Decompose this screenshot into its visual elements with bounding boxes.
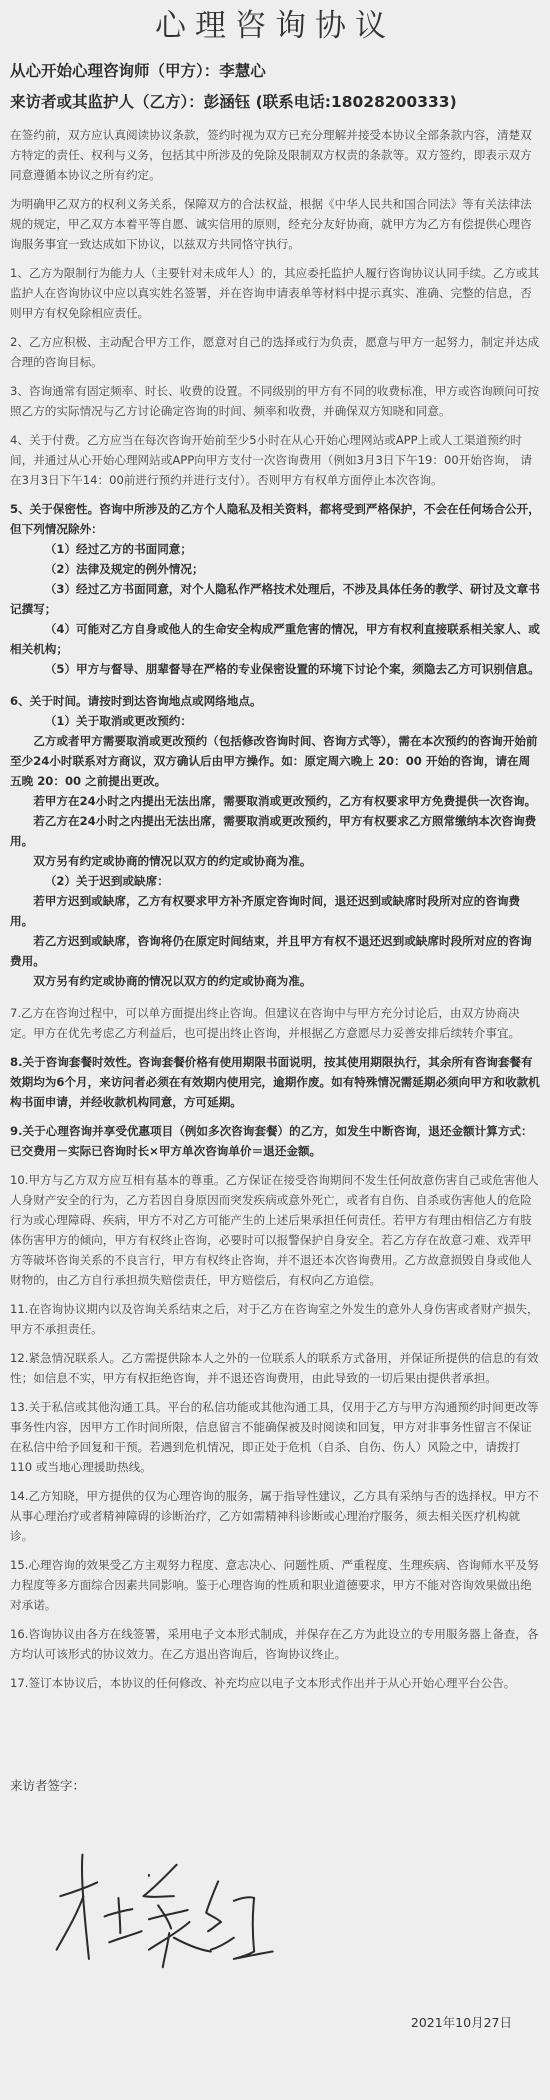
clause-8: 8.关于咨询套餐时效性。咨询套餐价格有使用期限书面说明，按其使用期限执行，其余所… bbox=[10, 1052, 540, 1112]
handwritten-signature bbox=[40, 1840, 280, 1980]
clause-10: 10.甲方与乙方双方应互相有基本的尊重。乙方保证在接受咨询期间不发生任何故意伤害… bbox=[10, 1170, 540, 1290]
clause-13: 13.关于私信或其他沟通工具。平台的私信功能或其他沟通工具，仅用于乙方与甲方沟通… bbox=[10, 1397, 540, 1477]
clause-6-sub2-a: 若甲方迟到或缺席，乙方有权要求甲方补齐原定咨询时间，退还迟到或缺席时段所对应的咨… bbox=[10, 891, 540, 931]
clause-6-sub2-title: （2）关于迟到或缺席： bbox=[10, 871, 540, 891]
clause-11: 11.在咨询协议期内以及咨询关系结束之后，对于乙方在咨询室之外发生的意外人身伤害… bbox=[10, 1299, 540, 1339]
clause-6-sub1-title: （1）关于取消或更改预约： bbox=[10, 711, 540, 731]
clause-6-sub2-c: 双方另有约定或协商的情况以双方的约定或协商为准。 bbox=[10, 971, 540, 991]
clause-12: 12.紧急情况联系人。乙方需提供除本人之外的一位联系人的联系方式备用，并保证所提… bbox=[10, 1348, 540, 1388]
signature-label: 来访者签字： bbox=[10, 1776, 85, 1794]
clause-3: 3、咨询通常有固定频率、时长、收费的设置。不同级别的甲方有不同的收费标准，甲方或… bbox=[10, 381, 540, 421]
party-a-line: 从心开始心理咨询师（甲方）：李慧心 bbox=[10, 60, 540, 82]
clause-5-item-2: （2）法律及规定的例外情况； bbox=[10, 559, 540, 579]
document-title: 心理咨询协议 bbox=[0, 0, 550, 54]
clause-4: 4、关于付费。乙方应当在每次咨询开始前至少5小时在从心开始心理网站或APP上或人… bbox=[10, 430, 540, 490]
clause-6-lead: 6、关于时间。请按时到达咨询地点或网络地点。 bbox=[10, 691, 540, 711]
agreement-page: 心理咨询协议 从心开始心理咨询师（甲方）：李慧心 来访者或其监护人（乙方）：彭涵… bbox=[0, 0, 550, 2100]
intro-paragraph-1: 在签约前，双方应认真阅读协议条款，签约时视为双方已充分理解并接受本协议全部条款内… bbox=[10, 125, 540, 185]
clause-6-sub1-b: 若乙方在24小时之内提出无法出席，需要取消或更改预约，甲方有权要求乙方照常缴纳本… bbox=[10, 811, 540, 851]
intro-paragraph-2: 为明确甲乙双方的权利义务关系，保障双方的合法权益，根据《中华人民共和国合同法》等… bbox=[10, 194, 540, 254]
clause-6-sub1-a: 若甲方在24小时之内提出无法出席，需要取消或更改预约，乙方有权要求甲方免费提供一… bbox=[10, 791, 540, 811]
clause-5: 5、关于保密性。咨询中所涉及的乙方个人隐私及相关资料，都将受到严格保护，不会在任… bbox=[10, 499, 540, 679]
clause-6-sub2-b: 若乙方迟到或缺席，咨询将仍在原定时间结束，并且甲方有权不退还迟到或缺席时段所对应… bbox=[10, 931, 540, 971]
signature-date: 2021年10月27日 bbox=[411, 2013, 512, 2031]
clause-15: 15.心理咨询的效果受乙方主观努力程度、意志决心、问题性质、严重程度、生理疾病、… bbox=[10, 1555, 540, 1615]
clause-7: 7.乙方在咨询过程中，可以单方面提出终止咨询。但建议在咨询中与甲方充分讨论后，由… bbox=[10, 1003, 540, 1043]
clause-5-item-5: （5）甲方与督导、朋辈督导在严格的专业保密设置的环境下讨论个案，须隐去乙方可识别… bbox=[10, 659, 540, 679]
clause-16: 16.咨询协议由各方在线签署，采用电子文本形式制成，并保存在乙方为此设立的专用服… bbox=[10, 1624, 540, 1664]
clause-9: 9.关于心理咨询并享受优惠项目（例如多次咨询套餐）的乙方，如发生中断咨询，退还金… bbox=[10, 1121, 540, 1161]
clause-1: 1、乙方为限制行为能力人（主要针对未成年人）的，其应委托监护人履行咨询协议认同手… bbox=[10, 263, 540, 323]
clause-5-item-3: （3）经过乙方书面同意，对个人隐私作严格技术处理后，不涉及具体任务的教学、研讨及… bbox=[10, 579, 540, 619]
clause-17: 17.签订本协议后，本协议的任何修改、补充均应以电子文本形式作出并于从心开始心理… bbox=[10, 1673, 540, 1693]
clause-6-sub1-c: 双方另有约定或协商的情况以双方的约定或协商为准。 bbox=[10, 851, 540, 871]
clause-6-sub1-body: 乙方或者甲方需要取消或更改预约（包括修改咨询时间、咨询方式等），需在本次预约的咨… bbox=[10, 731, 540, 791]
clause-5-item-4: （4）可能对乙方自身或他人的生命安全构成严重危害的情况，甲方有权利直接联系相关家… bbox=[10, 619, 540, 659]
clause-5-item-1: （1）经过乙方的书面同意； bbox=[10, 539, 540, 559]
clause-5-lead: 5、关于保密性。咨询中所涉及的乙方个人隐私及相关资料，都将受到严格保护，不会在任… bbox=[10, 499, 540, 539]
agreement-body: 在签约前，双方应认真阅读协议条款，签约时视为双方已充分理解并接受本协议全部条款内… bbox=[10, 125, 540, 1693]
party-b-line: 来访者或其监护人（乙方）：彭涵钰 (联系电话:18028200333) bbox=[10, 91, 540, 113]
clause-2: 2、乙方应积极、主动配合甲方工作，愿意对自己的选择或行为负责，愿意与甲方一起努力… bbox=[10, 332, 540, 372]
clause-14: 14.乙方知晓，甲方提供的仅为心理咨询的服务，属于指导性建议，乙方具有采纳与否的… bbox=[10, 1486, 540, 1546]
clause-6: 6、关于时间。请按时到达咨询地点或网络地点。 （1）关于取消或更改预约： 乙方或… bbox=[10, 691, 540, 991]
